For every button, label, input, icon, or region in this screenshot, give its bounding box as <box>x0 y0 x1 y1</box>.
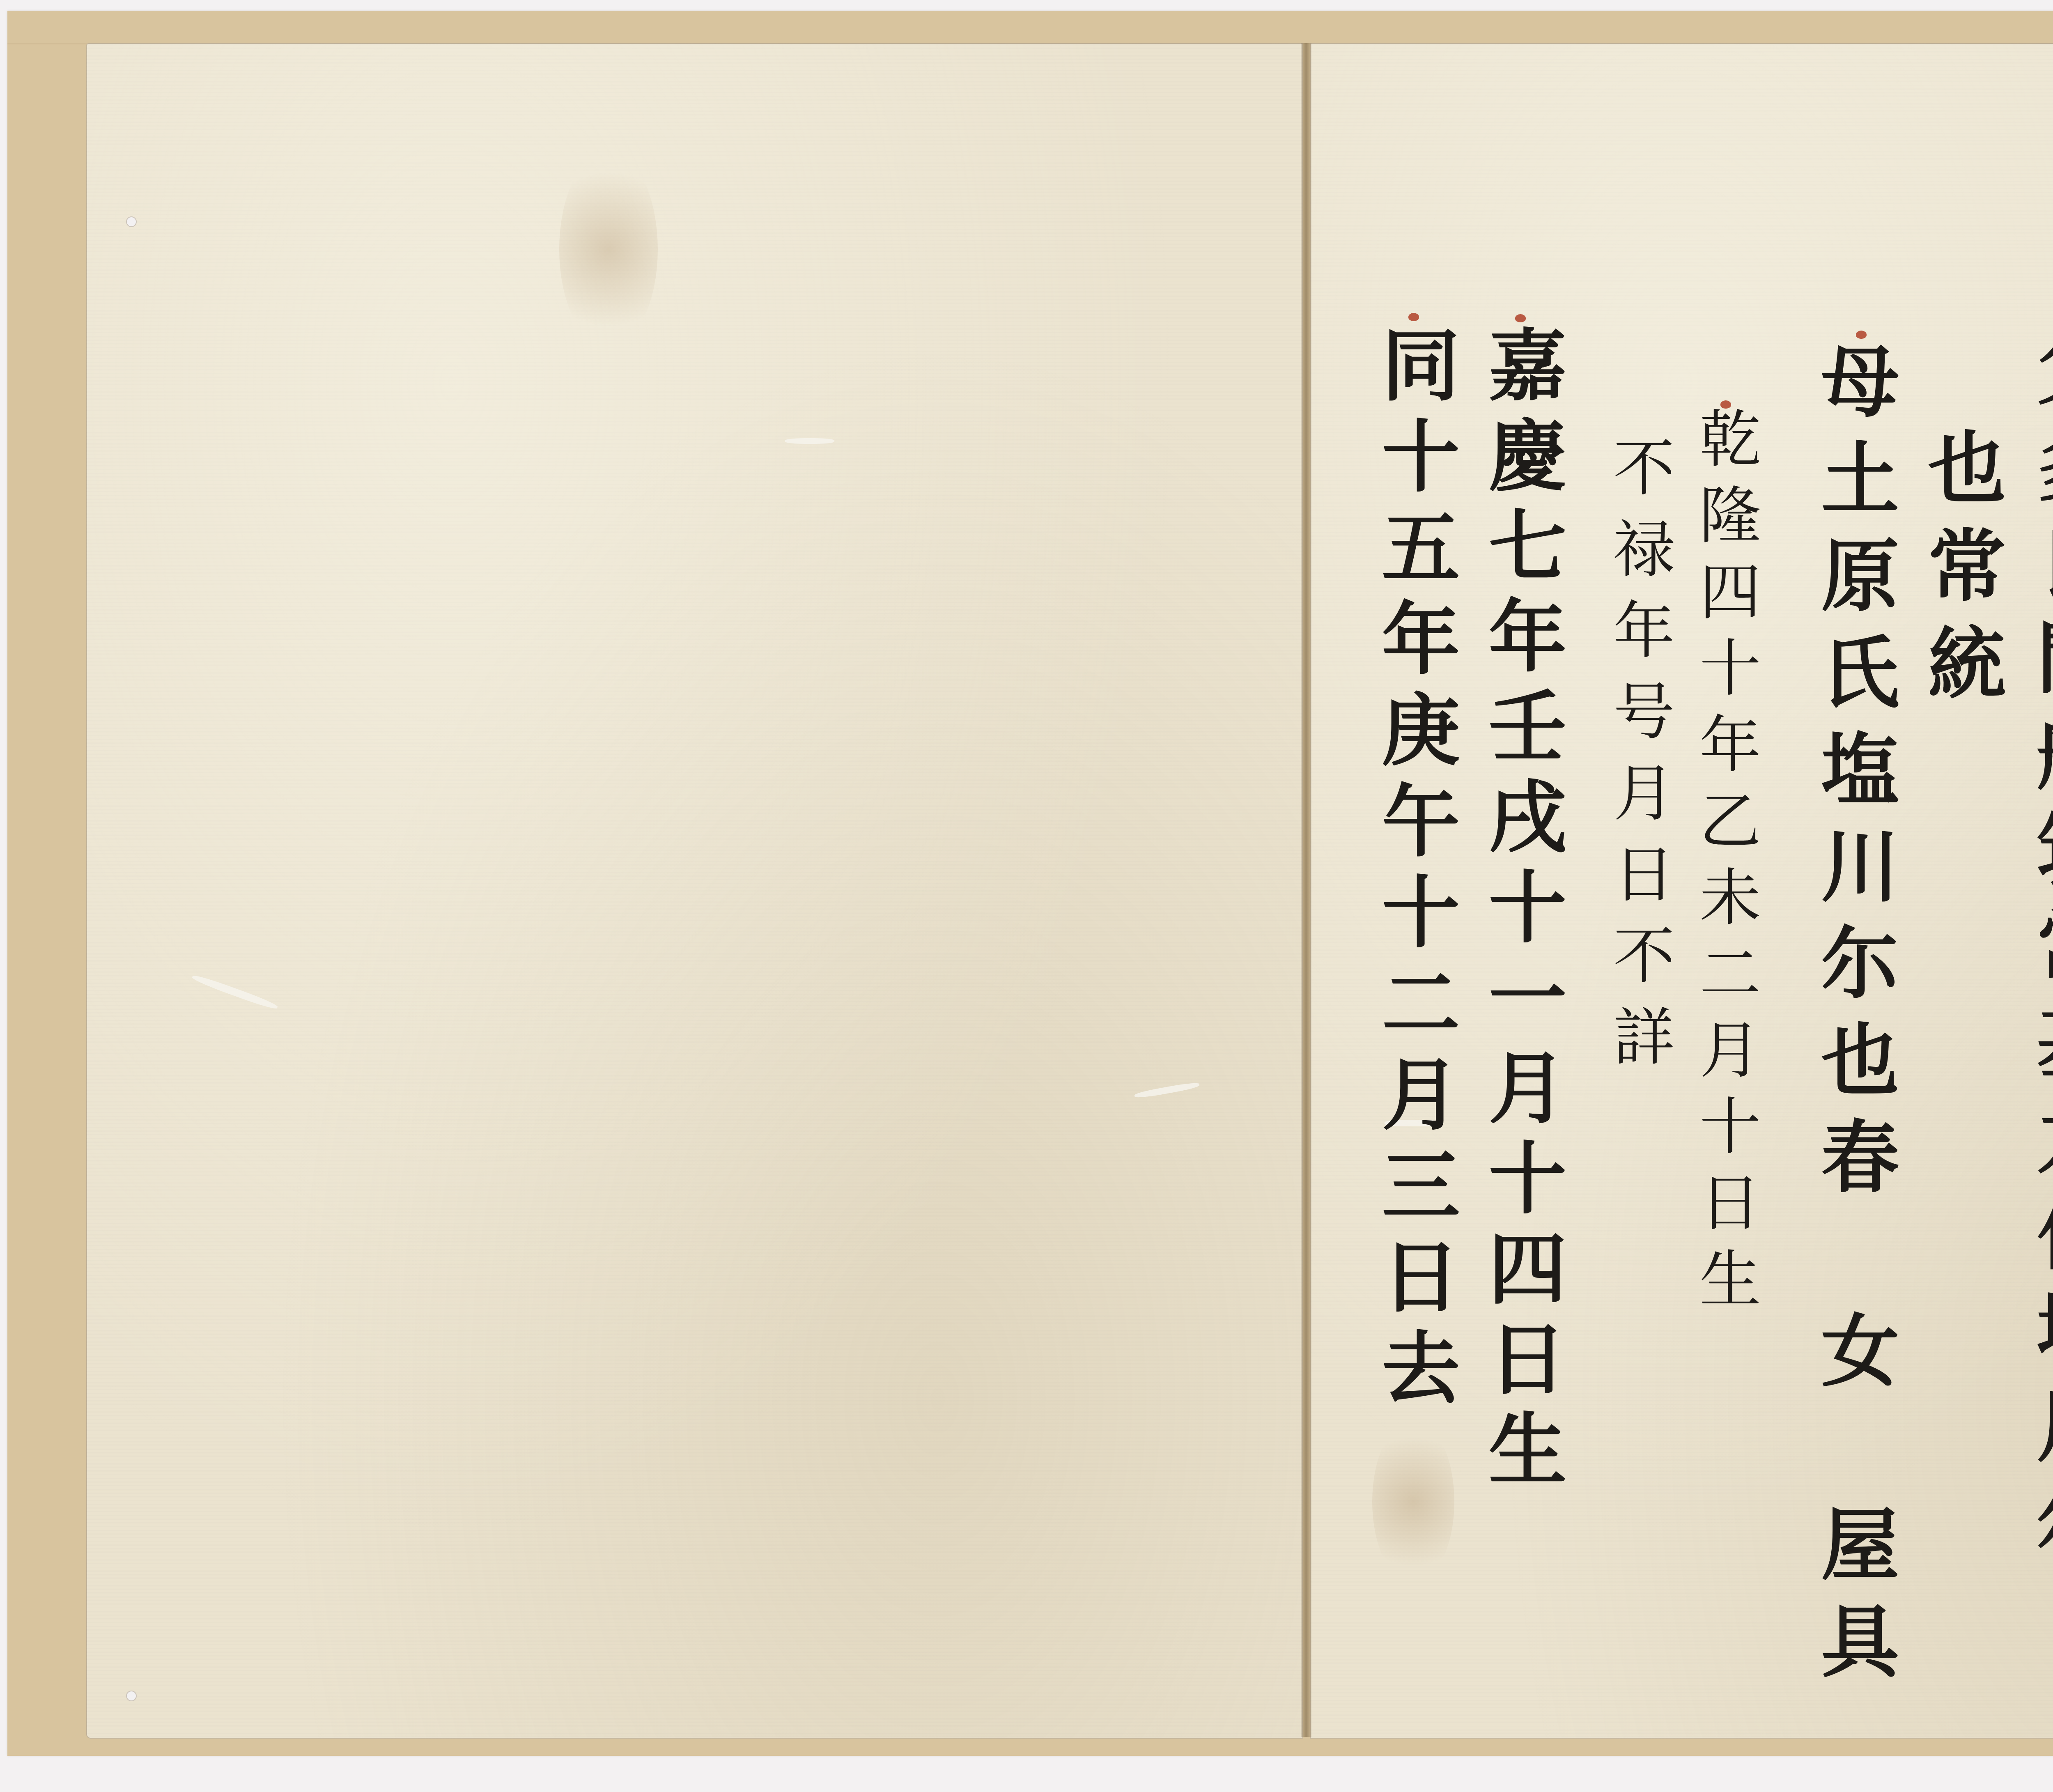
column-mother-death: 不禄年号月日不詳 <box>1607 435 1669 1086</box>
red-mark <box>1856 331 1867 339</box>
left-leaf-blank <box>86 43 1303 1739</box>
column-death: 同十五年庚午十二月三日去 <box>1376 324 1454 1418</box>
binding-hole <box>126 216 137 227</box>
column-mother: 母土原氏塩川尓也春 女 屋具 <box>1815 341 1893 1698</box>
column-birth: 嘉慶七年壬戌十一月十四日生 <box>1482 324 1560 1499</box>
paper-damage <box>191 973 279 1011</box>
red-mark <box>1408 313 1419 321</box>
paper-damage <box>785 438 834 444</box>
column-mother-birth: 乾隆四十年乙未二月十日生 <box>1694 407 1755 1323</box>
paper-damage <box>1134 1081 1200 1099</box>
column-father-continued: 也常統 <box>1922 427 2000 720</box>
water-stain <box>559 151 658 348</box>
water-stain <box>1372 1420 1454 1584</box>
binding-hole <box>126 1691 137 1701</box>
center-fold <box>1301 43 1311 1737</box>
column-father: 父多良間船筑常基九代塩川尓 <box>2030 329 2053 1578</box>
red-mark <box>1515 314 1526 322</box>
